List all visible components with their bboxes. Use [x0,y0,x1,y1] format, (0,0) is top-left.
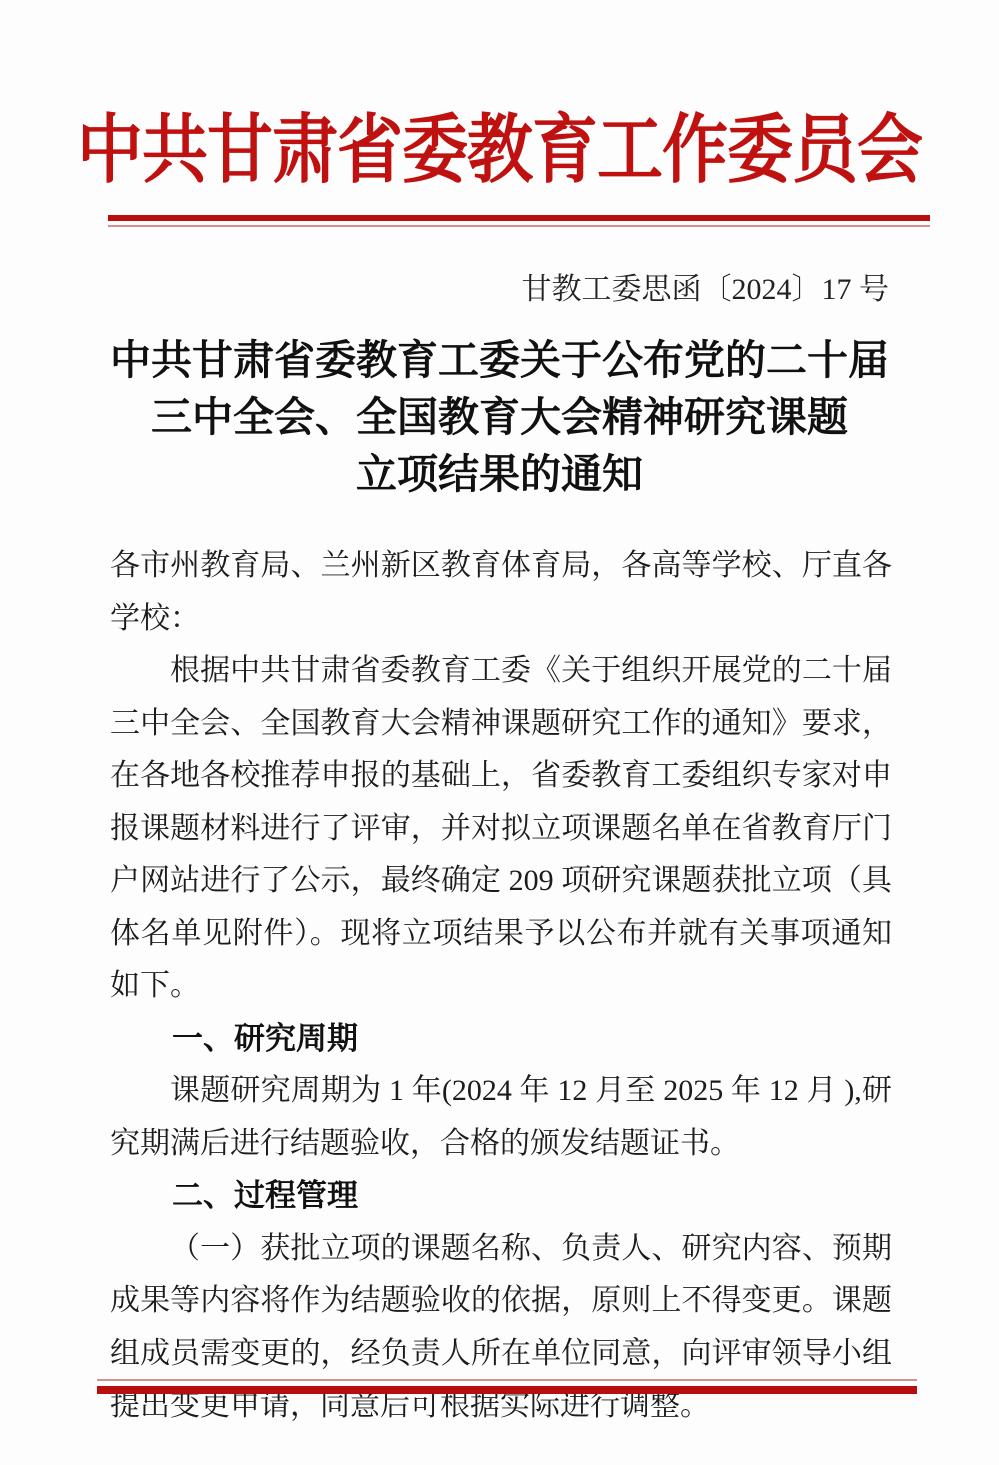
section-1-paragraph: 课题研究周期为 1 年(2024 年 12 月至 2025 年 12 月 ),研… [110,1065,892,1170]
divider-top-thick-line [108,215,930,221]
notice-title-line-3: 立项结果的通知 [50,446,949,503]
salutation: 各市州教育局、兰州新区教育体育局，各高等学校、厅直各学校： [110,540,892,645]
notice-title-line-2: 三中全会、全国教育大会精神研究课题 [50,389,949,446]
document-page: 中共甘肃省委教育工作委员会 甘教工委思函〔2024〕17 号 中共甘肃省委教育工… [0,0,999,1465]
divider-top-thin-line [108,225,930,227]
section-1-heading: 一、研究周期 [110,1013,892,1066]
divider-bottom-thin-line [97,1379,917,1381]
notice-title-line-1: 中共甘肃省委教育工委关于公布党的二十届 [50,332,949,389]
red-divider-bottom [97,1379,917,1394]
notice-body: 各市州教育局、兰州新区教育体育局，各高等学校、厅直各学校： 根据中共甘肃省委教育… [110,540,892,1433]
section-2-heading: 二、过程管理 [110,1170,892,1223]
section-2-paragraph: （一）获批立项的课题名称、负责人、研究内容、预期成果等内容将作为结题验收的依据，… [110,1223,892,1433]
intro-paragraph: 根据中共甘肃省委教育工委《关于组织开展党的二十届三中全会、全国教育大会精神课题研… [110,645,892,1013]
issuing-authority-title: 中共甘肃省委教育工作委员会 [77,108,922,195]
letterhead: 中共甘肃省委教育工作委员会 [0,108,999,184]
divider-bottom-thick-line [97,1386,917,1394]
red-divider-top [108,215,930,227]
notice-title: 中共甘肃省委教育工委关于公布党的二十届 三中全会、全国教育大会精神研究课题 立项… [50,332,949,503]
document-number: 甘教工委思函〔2024〕17 号 [110,268,889,312]
